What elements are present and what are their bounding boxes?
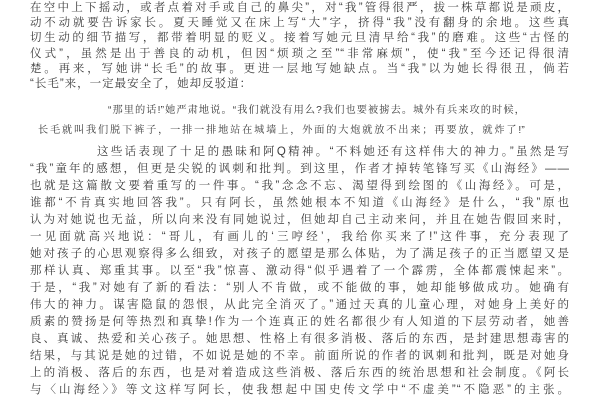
text-line: 上的消极、落后的东西，也是对着造成这些消极、落后东西的统治思想和社会制度。《阿长: [30, 365, 570, 382]
document-page: { "document": { "background_color": "#ff…: [0, 0, 600, 400]
text-line: “长毛”来，一定最安全了，她却反驳道：: [30, 77, 570, 92]
paragraph-indented: 这些话表现了十足的愚昧和阿Q精神。“不料她还有这样伟大的神力。”虽然是写“我”童…: [30, 144, 570, 399]
text-line: 这些话表现了十足的愚昧和阿Q精神。“不料她还有这样伟大的神力。”虽然是写: [30, 144, 570, 161]
text-line: 楚。再来，写她讲“长毛”的故事。更进一层地写她缺点。当“我”以为她长得很丑，倘若: [30, 62, 570, 77]
text-line: 于是，“我”对她有了新的看法：“别人不肯做，或不能做的事，她却能够做成功。她确有: [30, 280, 570, 297]
text-line: 那样认真、郑重其事。以至“我”惊喜、激动得“似乎遇着了一个霹雳，全体都震悚起来”…: [30, 263, 570, 280]
text-line: 结果，与其说是她的过错，不如说是她的不幸。前面所说的作者的讽刺和批判，既是对她身: [30, 348, 570, 365]
text-line: 谁都“不肯真实地回答我”。只有阿长，虽然她根本不知道《山海经》是什么，“我”原也: [30, 195, 570, 212]
text-line: 一见面就高兴地说：“哥儿，有画儿的‘三哼经’，我给你买来了!”这件事，充分表现了: [30, 229, 570, 246]
text-line: 长毛就叫我们脱下裤子，一排一排地站在城墙上，外面的大炮就放不出来；再要放，就炸了…: [38, 121, 525, 141]
paragraph-quote: “那里的话!”她严肃地说。“我们就没有用么?我们也要被掳去。城外有兵来攻的时候，…: [38, 101, 525, 141]
text-line: 质素的赞扬是何等热烈和真挚!作为一个连真正的姓名都很少有人知道的下层劳动者，她善: [30, 314, 570, 331]
text-line: “那里的话!”她严肃地说。“我们就没有用么?我们也要被掳去。城外有兵来攻的时候，: [38, 101, 525, 121]
text-line: 良、真诚、热爱和关心孩子。她思想、性格上有很多消极、落后的东西，是封建思想毒害的: [30, 331, 570, 348]
paragraph-continuation: 在空中上下摇动，或者点着对手或自己的鼻尖”，对“我”管得很严，拔一株草都说是顽皮…: [30, 1, 570, 92]
text-line: 伟大的神力。谋害隐鼠的怨恨，从此完全消灭了。”通过天真的儿童心理，对她身上美好的: [30, 297, 570, 314]
text-line: 与〈山海经〉》等文这样写阿长，使我想起中国史传文学中“不虚美”“不隐恶”的主张。: [30, 382, 570, 399]
text-line: 动不动就要告诉家长。夏天睡觉又在床上写“大”字，挤得“我”没有翻身的余地。这些真: [30, 16, 570, 31]
document-body: 在空中上下摇动，或者点着对手或自己的鼻尖”，对“我”管得很严，拔一株草都说是顽皮…: [30, 1, 570, 399]
text-line: 切生动的细节描写，都带着明显的贬义。接着写她元旦清早给“我”的磨难。这些“古怪的: [30, 31, 570, 46]
text-line: “我”童年的感想，但更是尖锐的讽刺和批判。到这里，作者才掉转笔锋写买《山海经》—…: [30, 161, 570, 178]
text-line: 她对孩子的心思观察得多么细致，对孩子的愿望是那么体贴，为了满足孩子的正当愿望又是: [30, 246, 570, 263]
text-line: 仪式”，虽然是出于善良的动机，但因“烦琐之至”“非常麻烦”，使“我”至今还记得很…: [30, 47, 570, 62]
text-line: 也就是这篇散文要着重写的一件事。“我”念念不忘、渴望得到绘图的《山海经》。可是，: [30, 178, 570, 195]
text-line: 认为对她说也无益，所以向来没有同她说过，但她却自己主动来问，并且在她告假回来时，: [30, 212, 570, 229]
text-line: 在空中上下摇动，或者点着对手或自己的鼻尖”，对“我”管得很严，拔一株草都说是顽皮…: [30, 1, 570, 16]
